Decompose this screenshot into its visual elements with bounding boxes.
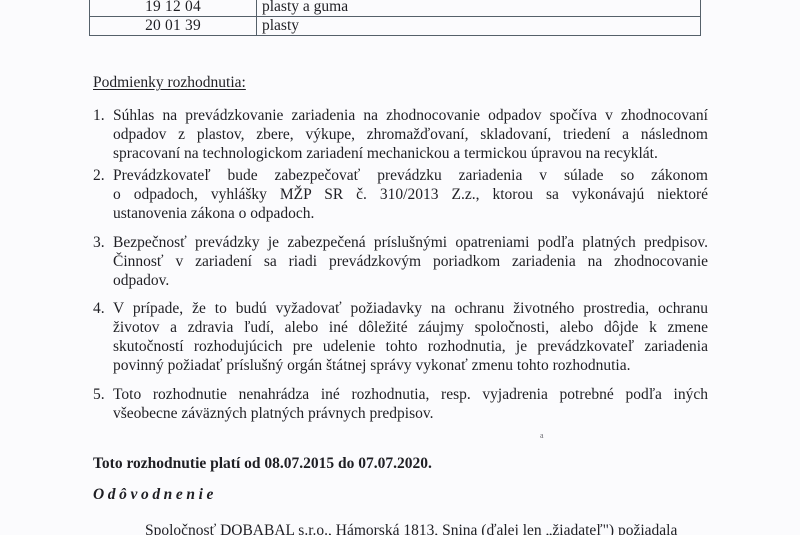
condition-line: povinný požiadať príslušný orgán štátnej… — [113, 356, 708, 375]
reasoning-heading: Odôvodnenie — [93, 486, 217, 504]
conditions-heading: Podmienky rozhodnutia: — [93, 74, 246, 92]
condition-item: 3. Bezpečnosť prevádzky je zabezpečená p… — [93, 233, 708, 290]
condition-line: Toto rozhodnutie nenahrádza iné rozhodnu… — [113, 385, 708, 404]
condition-line: odpadov z plastov, zbere, výkupe, zhroma… — [113, 125, 708, 144]
condition-line: spracovaní na technologickom zariadení m… — [113, 144, 708, 163]
waste-catalogue-table: 19 12 04 plasty a guma 20 01 39 plasty — [89, 0, 701, 36]
table-row: 19 12 04 plasty a guma — [90, 0, 701, 17]
condition-item: 5. Toto rozhodnutie nenahrádza iné rozho… — [93, 385, 708, 423]
condition-line: Súhlas na prevádzkovanie zariadenia na z… — [113, 106, 708, 125]
reasoning-paragraph: Spoločnosť DOBABAL s.r.o., Hámorská 1813… — [145, 522, 677, 535]
conditions-list: 1. Súhlas na prevádzkovanie zariadenia n… — [93, 106, 708, 423]
condition-item: 1. Súhlas na prevádzkovanie zariadenia n… — [93, 106, 708, 163]
condition-line: V prípade, že to budú vyžadovať požiadav… — [113, 299, 708, 318]
table-row: 20 01 39 plasty — [90, 17, 701, 36]
condition-number: 4. — [93, 299, 105, 318]
condition-number: 5. — [93, 385, 105, 404]
condition-number: 2. — [93, 166, 105, 185]
condition-line: Činnosť v zariadení sa riadi prevádzkový… — [113, 252, 708, 271]
document-page: 19 12 04 plasty a guma 20 01 39 plasty P… — [0, 0, 800, 535]
waste-name-cell: plasty a guma — [257, 0, 701, 17]
condition-line: odpadov. — [113, 271, 708, 290]
condition-number: 1. — [93, 106, 105, 125]
scan-artifact: a — [540, 431, 544, 440]
condition-line: Bezpečnosť prevádzky je zabezpečená prís… — [113, 233, 708, 252]
condition-item: 2. Prevádzkovateľ bude zabezpečovať prev… — [93, 166, 708, 223]
condition-line: o odpadoch, vyhlášky MŽP SR č. 310/2013 … — [113, 185, 708, 204]
condition-line: skutočností rozhodujúcich pre udelenie t… — [113, 337, 708, 356]
waste-name-cell: plasty — [257, 17, 701, 36]
condition-number: 3. — [93, 233, 105, 252]
waste-code-cell: 20 01 39 — [90, 17, 257, 36]
waste-code-cell: 19 12 04 — [90, 0, 257, 17]
validity-statement: Toto rozhodnutie platí od 08.07.2015 do … — [93, 455, 432, 473]
condition-line: ustanovenia zákona o odpadoch. — [113, 204, 708, 223]
condition-item: 4. V prípade, že to budú vyžadovať požia… — [93, 299, 708, 375]
condition-line: Prevádzkovateľ bude zabezpečovať prevádz… — [113, 166, 708, 185]
condition-line: všeobecne záväzných platných právnych pr… — [113, 404, 708, 423]
condition-line: životov a zdravia ľudí, alebo iné dôleži… — [113, 318, 708, 337]
